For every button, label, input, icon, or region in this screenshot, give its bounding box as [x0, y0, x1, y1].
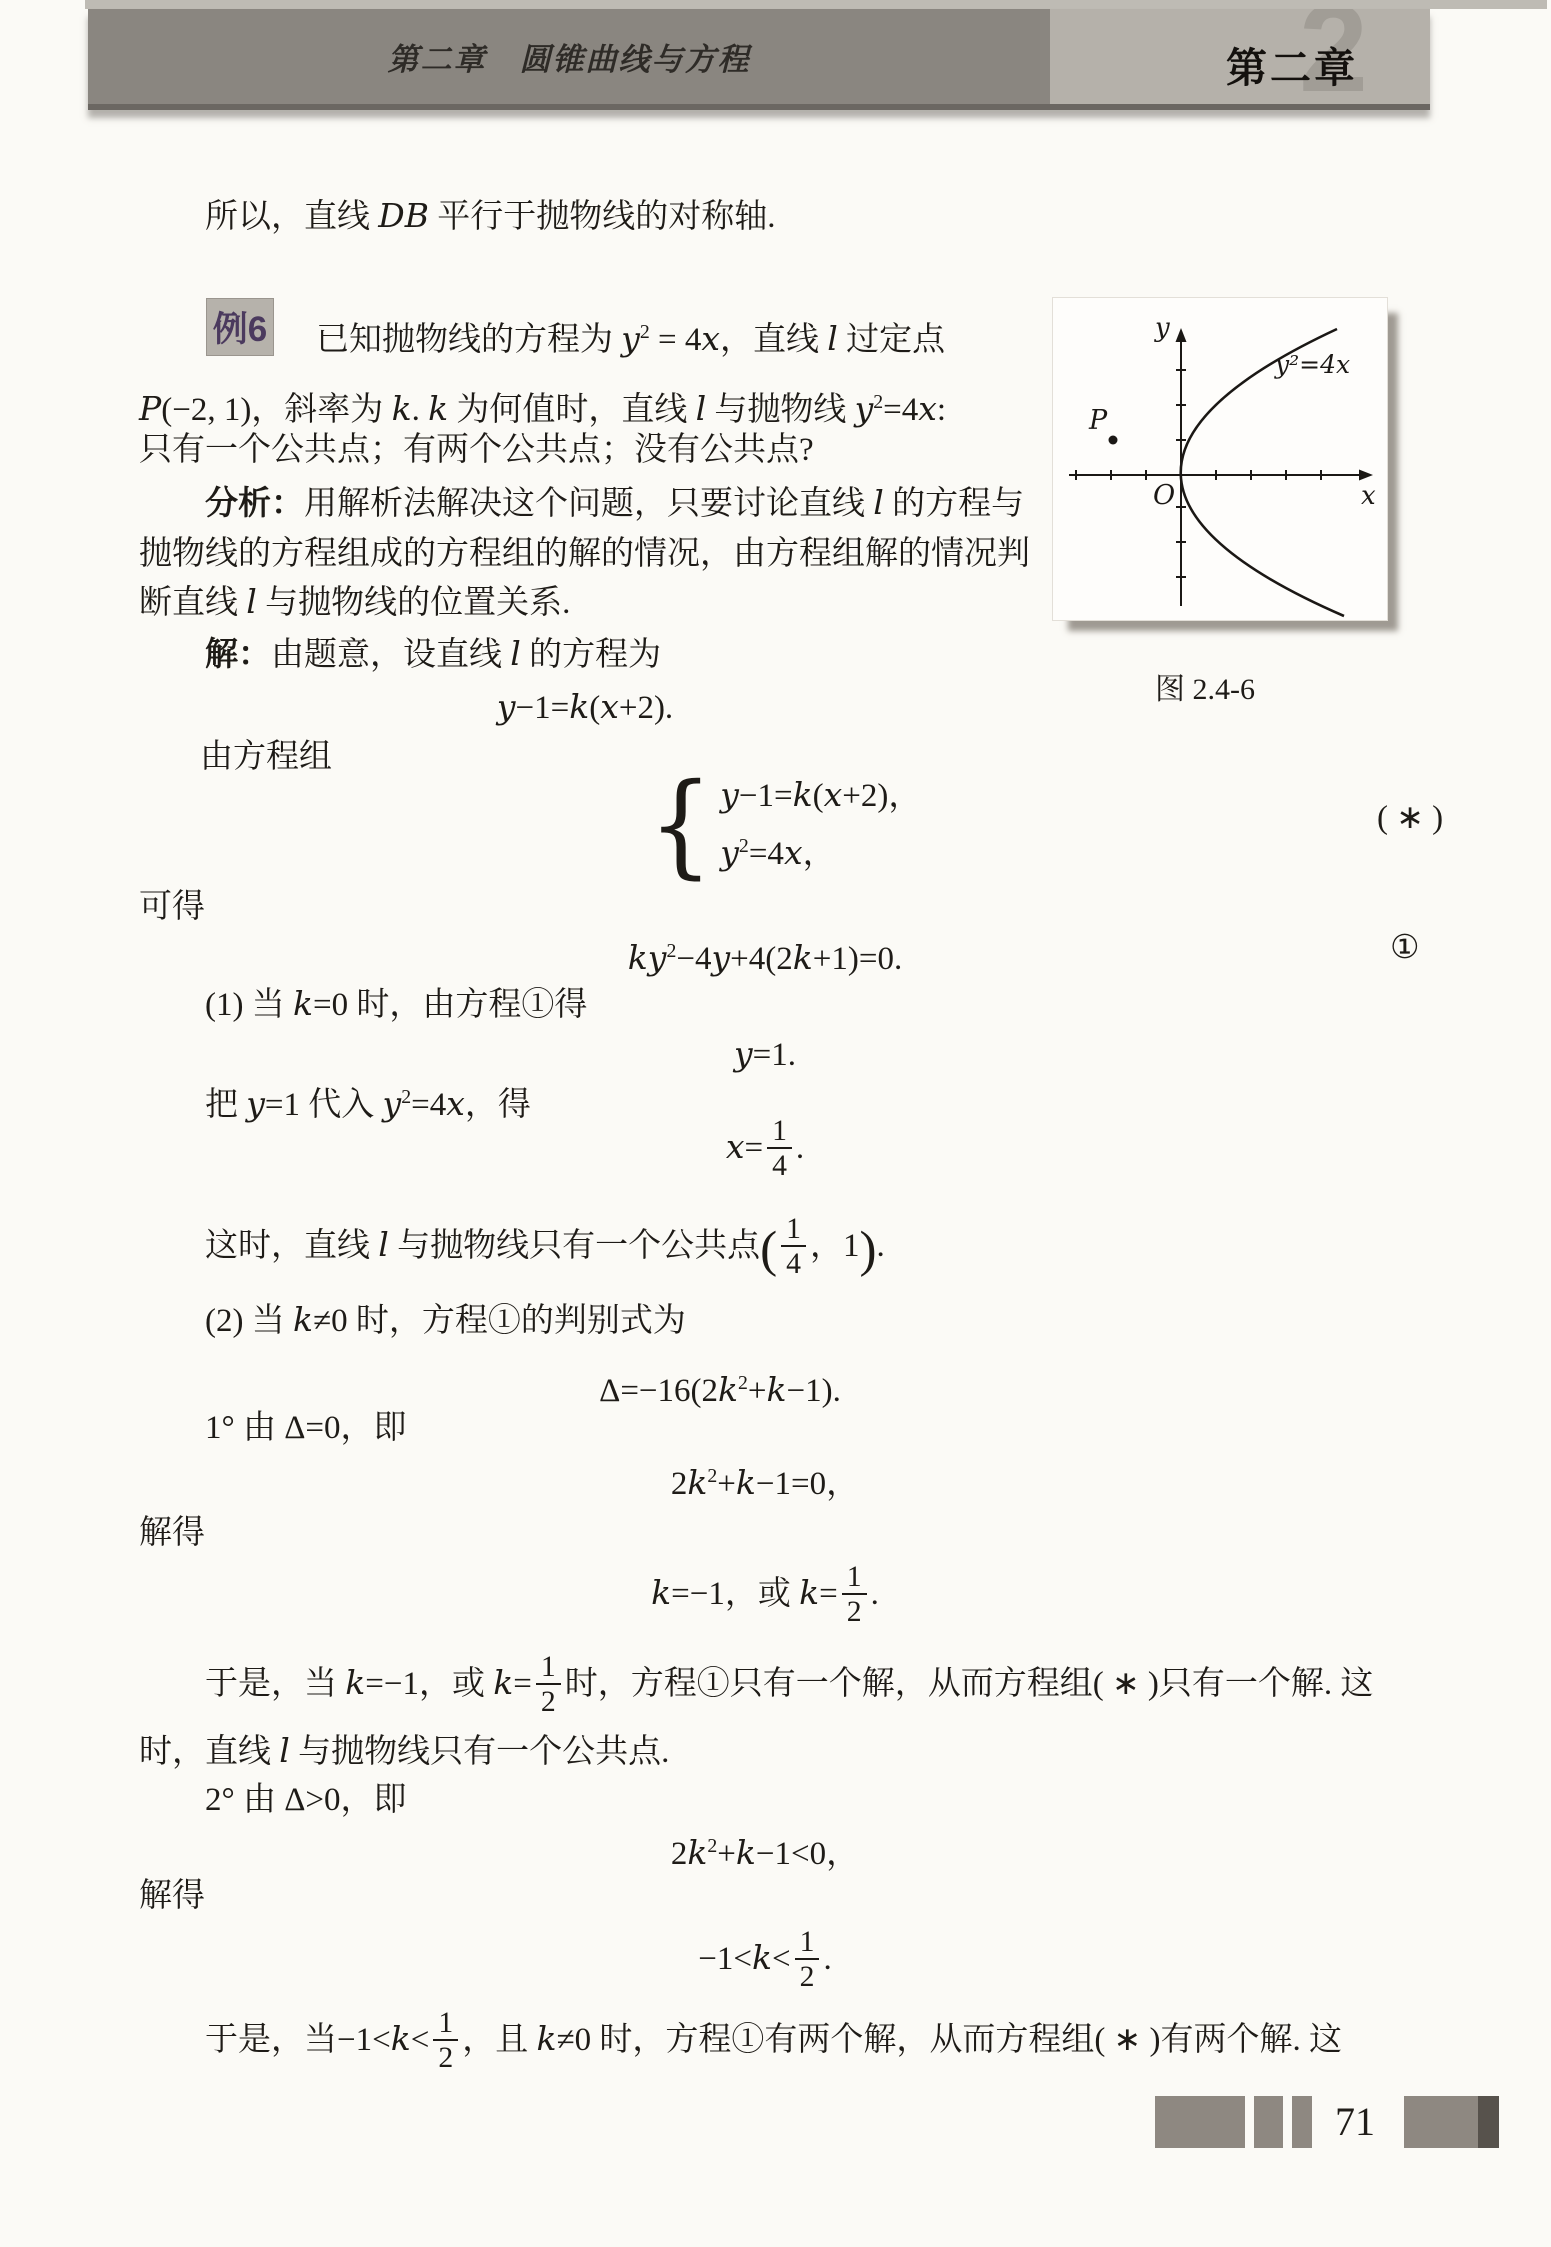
chapter-title: 第二章 圆锥曲线与方程 [388, 34, 751, 79]
analysis-line3: 断直线 l 与抛物线的位置关系. [139, 580, 570, 625]
equation-k-values: k=−1，或 k=12. [140, 1560, 1390, 1630]
system-brace: { [649, 773, 713, 877]
one-common-point-line: 这时，直线 l 与抛物线只有一个公共点(14，1). [205, 1212, 885, 1283]
fraction: 12 [433, 2007, 458, 2074]
example6-intro-line: 已知抛物线的方程为 y2 = 4x，直线 l 过定点 [316, 310, 945, 362]
chapter-header-banner: 第二章 圆锥曲线与方程 2 第二章 [88, 9, 1430, 110]
sub2-delta-pos-line: 2° 由 Δ>0，即 [205, 1778, 407, 1822]
footer-block-3 [1292, 2096, 1312, 2148]
footer-block-1 [1155, 2096, 1245, 2148]
example-badge: 例6 [206, 298, 274, 356]
page-number: 71 [1322, 2098, 1388, 2145]
y-axis-arrow [1176, 328, 1187, 342]
figure-caption: 图 2.4-6 [1055, 664, 1355, 708]
equation-x-quarter: x=14. [140, 1114, 1390, 1184]
point-p-dot [1109, 436, 1118, 445]
analysis-line2: 抛物线的方程组成的方程组的解的情况，由方程组解的情况判 [139, 532, 1030, 576]
equation-2k2-lt: 2k2+k−1<0， [140, 1824, 1390, 1876]
footer-block-4 [1404, 2096, 1478, 2148]
curve-equation-label: y²=4x [1274, 350, 1350, 379]
example6-line3: 只有一个公共点；有两个公共点；没有公共点? [139, 428, 814, 472]
example6-line2: P(−2, 1)，斜率为 k. k 为何值时，直线 l 与抛物线 y2=4x: [139, 380, 946, 432]
origin-label: O [1153, 480, 1175, 511]
fraction: 12 [536, 1651, 561, 1718]
therefore2-line: 于是，当−1<k<12，且 k≠0 时，方程①有两个解，从而方程组( ∗ )有两… [205, 2006, 1342, 2076]
chapter-tab: 2 第二章 [1050, 9, 1430, 104]
equation-y1: y=1. [140, 1032, 1390, 1077]
footer-block-2 [1254, 2096, 1283, 2148]
equation-system: { y−1=k(x+2)， y2=4x， [645, 770, 921, 879]
kede-line: 可得 [139, 885, 205, 929]
point-p-label: P [1088, 405, 1108, 436]
case1-line: (1) 当 k=0 时，由方程①得 [205, 982, 587, 1027]
fraction: 12 [795, 1926, 820, 1993]
page-top-edge [85, 0, 1547, 9]
system-row-1: y−1=k(x+2)， [720, 770, 921, 821]
chapter-tab-label: 第二章 [1226, 35, 1358, 94]
equation-k-range: −1<k<12. [140, 1925, 1390, 1995]
fraction: 14 [781, 1213, 806, 1280]
jiede-line-2: 解得 [139, 1874, 205, 1918]
case2-line: (2) 当 k≠0 时，方程①的判别式为 [205, 1298, 686, 1343]
analysis-line1: 分析：用解析法解决这个问题，只要讨论直线 l 的方程与 [205, 481, 1024, 526]
x-axis-arrow [1359, 470, 1373, 481]
solution-intro-line: 解：由题意，设直线 l 的方程为 [205, 632, 661, 677]
footer-block-5 [1478, 2096, 1499, 2148]
chapter-header-left: 第二章 圆锥曲线与方程 [88, 9, 1050, 104]
system-rows: y−1=k(x+2)， y2=4x， [720, 770, 921, 879]
equation-2k2: 2k2+k−1=0， [140, 1454, 1390, 1506]
equation-line-l: y−1=k(x+2). [140, 685, 1030, 730]
figure-box: P y x O y²=4x [1052, 297, 1388, 621]
para-conclusion-db: 所以，直线 DB 平行于抛物线的对称轴. [205, 194, 775, 239]
equation-quadratic: ky2−4y+4(2k+1)=0. [140, 929, 1390, 981]
circled-one-marker: ① [1390, 927, 1420, 967]
by-system-line: 由方程组 [200, 735, 332, 779]
parabola-figure: P y x O y²=4x [1053, 298, 1385, 618]
fraction: 14 [767, 1115, 792, 1182]
example-badge-label: 例6 [213, 302, 267, 352]
therefore1-line: 于是，当 k=−1，或 k=12时，方程①只有一个解，从而方程组( ∗ )只有一… [205, 1650, 1373, 1720]
sub1-delta0-line: 1° 由 Δ=0，即 [205, 1406, 407, 1450]
fraction: 12 [842, 1561, 867, 1628]
x-axis-label: x [1361, 481, 1376, 511]
therefore1-line2: 时，直线 l 与抛物线只有一个公共点. [139, 1729, 669, 1774]
system-row-2: y2=4x， [720, 821, 921, 879]
jiede-line-1: 解得 [139, 1511, 205, 1555]
star-marker: ( ∗ ) [1377, 797, 1443, 837]
y-axis-label: y [1154, 313, 1170, 343]
